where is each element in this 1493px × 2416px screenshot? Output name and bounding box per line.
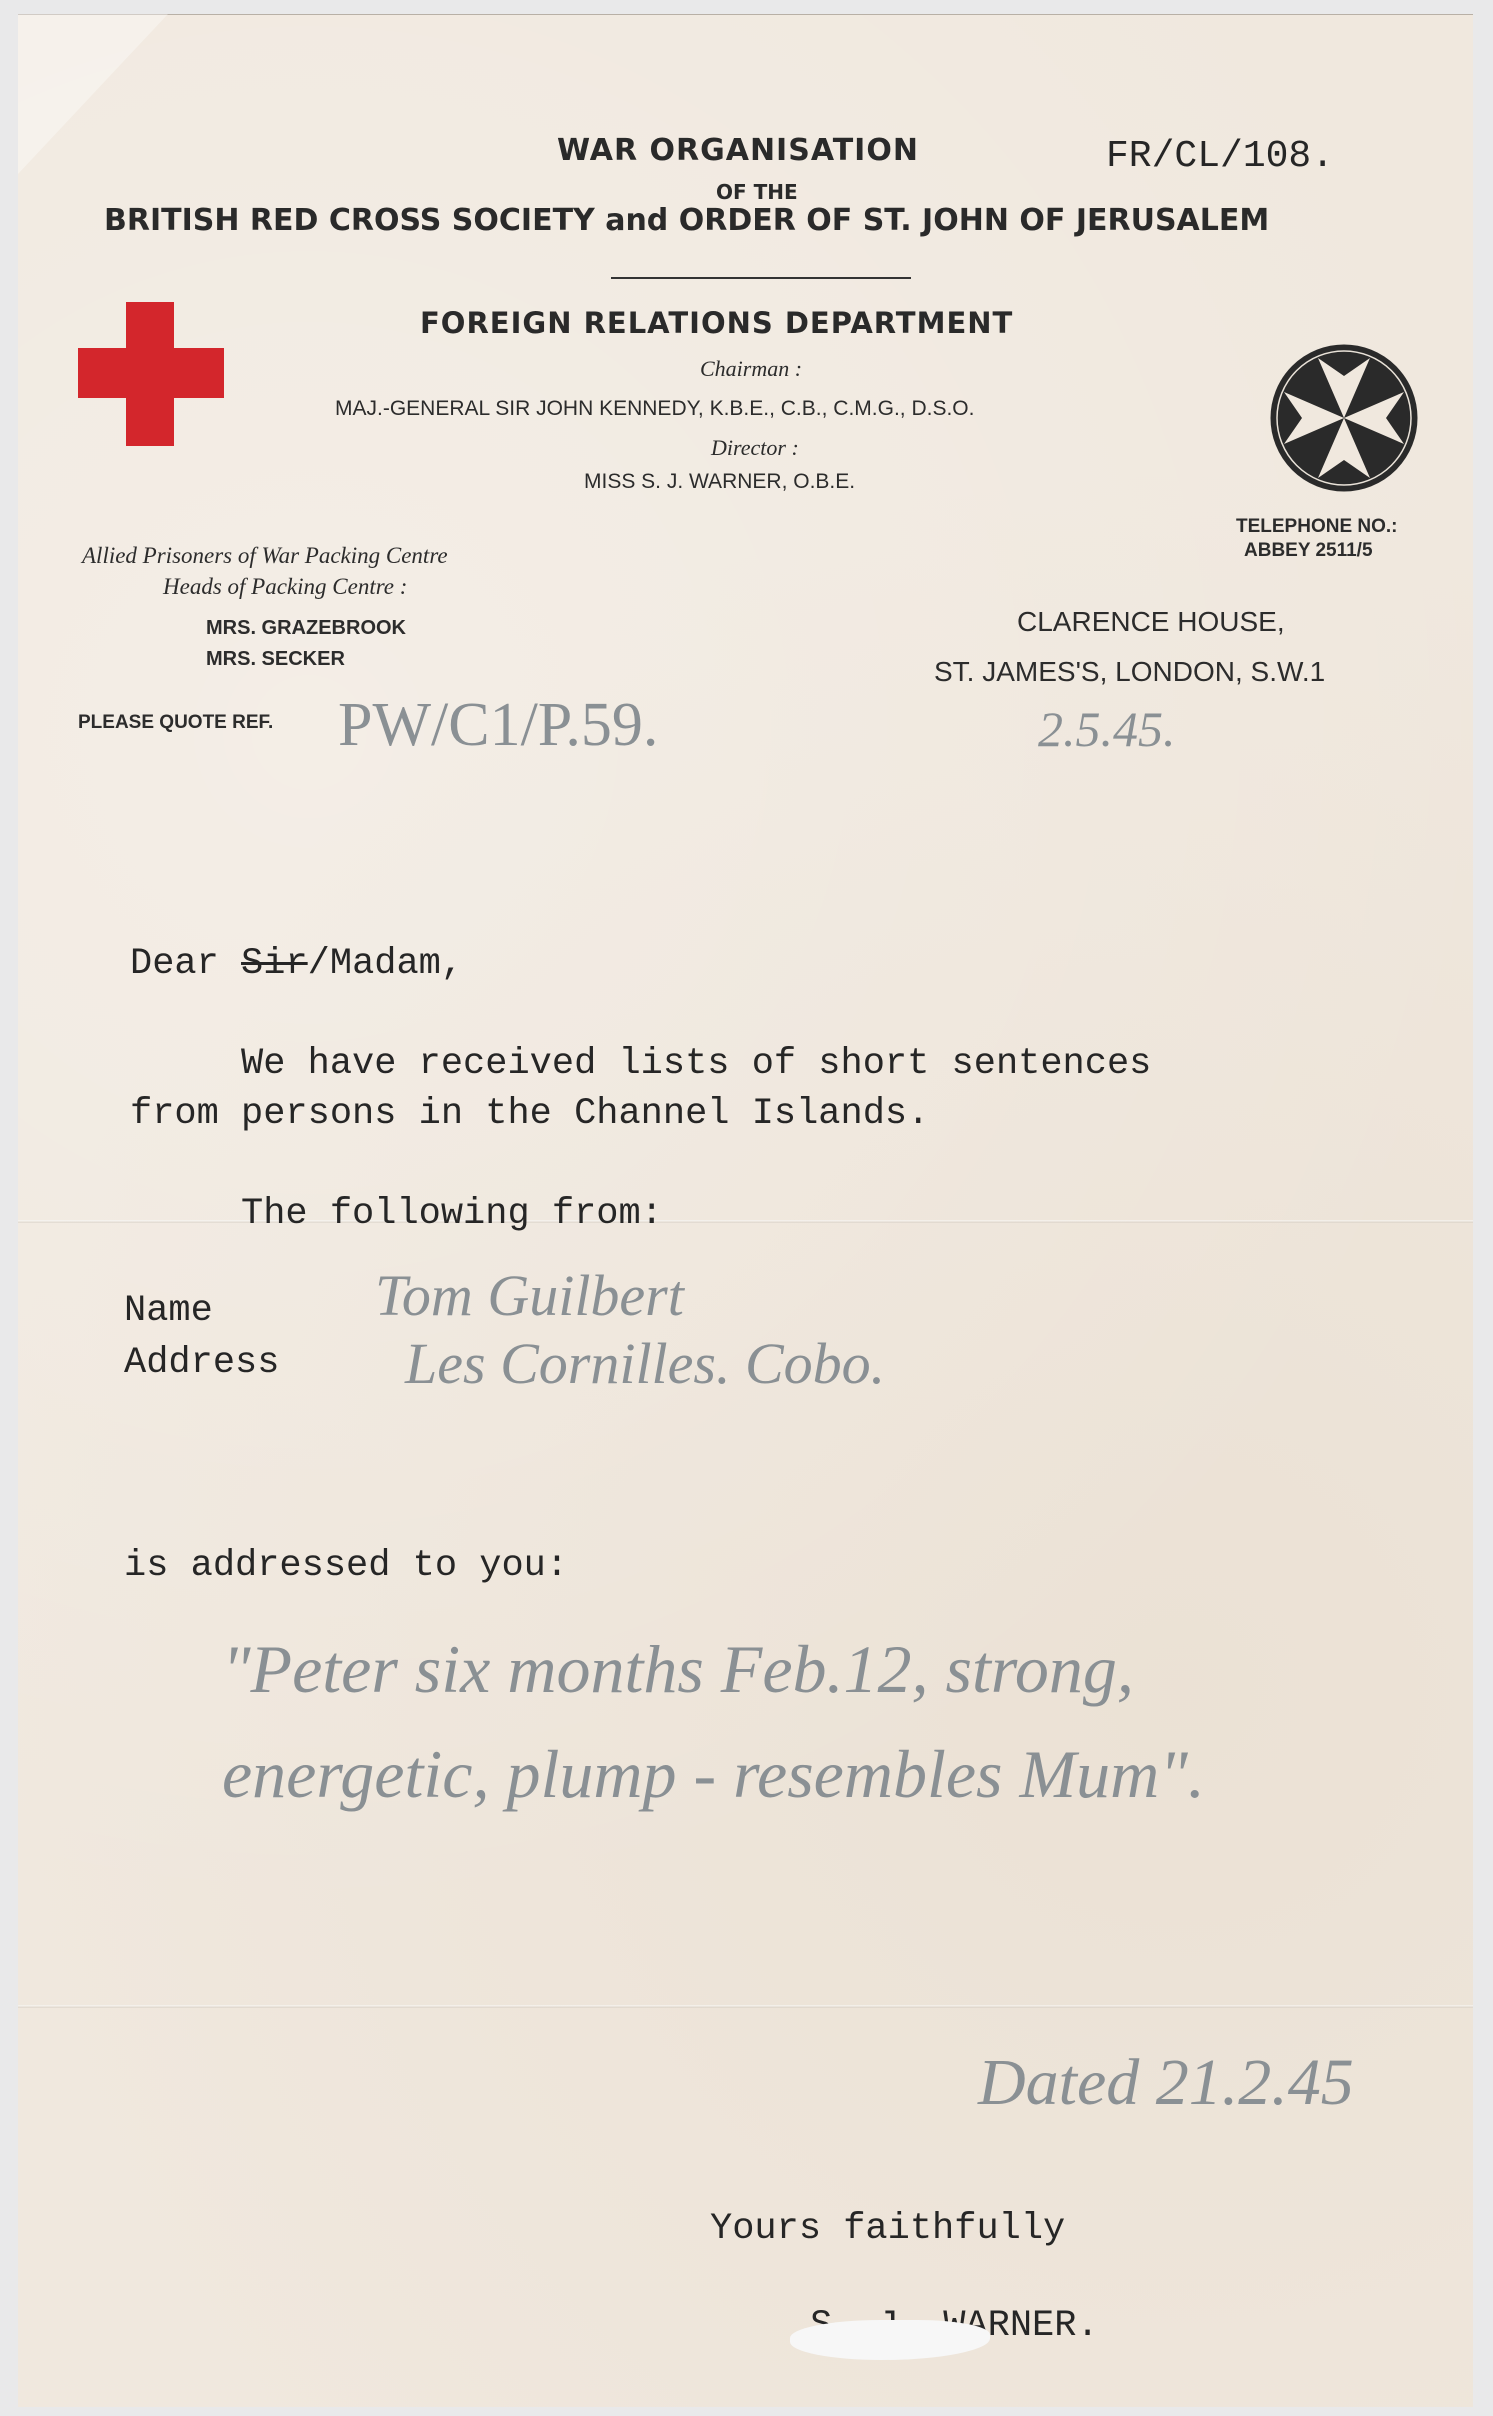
message-line-1: "Peter six months Feb.12, strong, [222,1630,1134,1709]
director-label: Director : [711,435,799,461]
sender-name: Tom Guilbert [375,1262,684,1329]
org-title: WAR ORGANISATION [557,133,919,168]
addressed-to-you: is addressed to you: [124,1545,568,1587]
dated-note: Dated 21.2.45 [978,2045,1354,2121]
address-line-1: CLARENCE HOUSE, [1017,606,1285,638]
paragraph-line-2: from persons in the Channel Islands. [130,1093,929,1135]
handwritten-date: 2.5.45. [1038,700,1176,758]
department-title: FOREIGN RELATIONS DEPARTMENT [420,306,1013,340]
typed-reference: FR/CL/108. [1106,135,1334,178]
following-from: The following from: [130,1193,663,1235]
chairman-name: MAJ.-GENERAL SIR JOHN KENNEDY, K.B.E., C… [335,397,974,421]
st-john-maltese-cross-icon [1268,342,1420,494]
head-grazebrook: MRS. GRAZEBROOK [206,617,406,640]
director-name: MISS S. J. WARNER, O.B.E. [584,470,855,494]
red-cross-icon [78,302,224,446]
org-full-name: BRITISH RED CROSS SOCIETY and ORDER OF S… [104,203,1269,238]
message-line-2: energetic, plump - resembles Mum". [222,1735,1205,1814]
chairman-label: Chairman : [700,356,802,382]
address-label: Address [124,1342,279,1384]
salutation-struck-sir: Sir [241,943,308,985]
paragraph-line-1: We have received lists of short sentence… [130,1043,1151,1085]
handwritten-reference: PW/C1/P.59. [338,690,658,761]
address-line-2: ST. JAMES'S, LONDON, S.W.1 [934,656,1325,688]
header-rule [611,277,911,279]
paper-fold [18,2005,1473,2008]
red-cross-horizontal [78,348,224,398]
quote-ref-label: PLEASE QUOTE REF. [78,712,273,734]
head-secker: MRS. SECKER [206,648,345,671]
packing-centre-title: Allied Prisoners of War Packing Centre [82,543,448,569]
telephone-number: ABBEY 2511/5 [1244,540,1373,562]
heads-label: Heads of Packing Centre : [163,574,407,600]
salutation-madam: /Madam, [308,943,463,985]
corner-crease [18,14,168,174]
telephone-label: TELEPHONE NO.: [1236,516,1398,538]
sender-address: Les Cornilles. Cobo. [405,1330,885,1397]
org-of-the: OF THE [716,180,798,204]
salutation-dear: Dear [130,943,241,985]
name-label: Name [124,1290,213,1332]
salutation: Dear Sir/Madam, [130,943,463,985]
closing: Yours faithfully [710,2208,1065,2250]
